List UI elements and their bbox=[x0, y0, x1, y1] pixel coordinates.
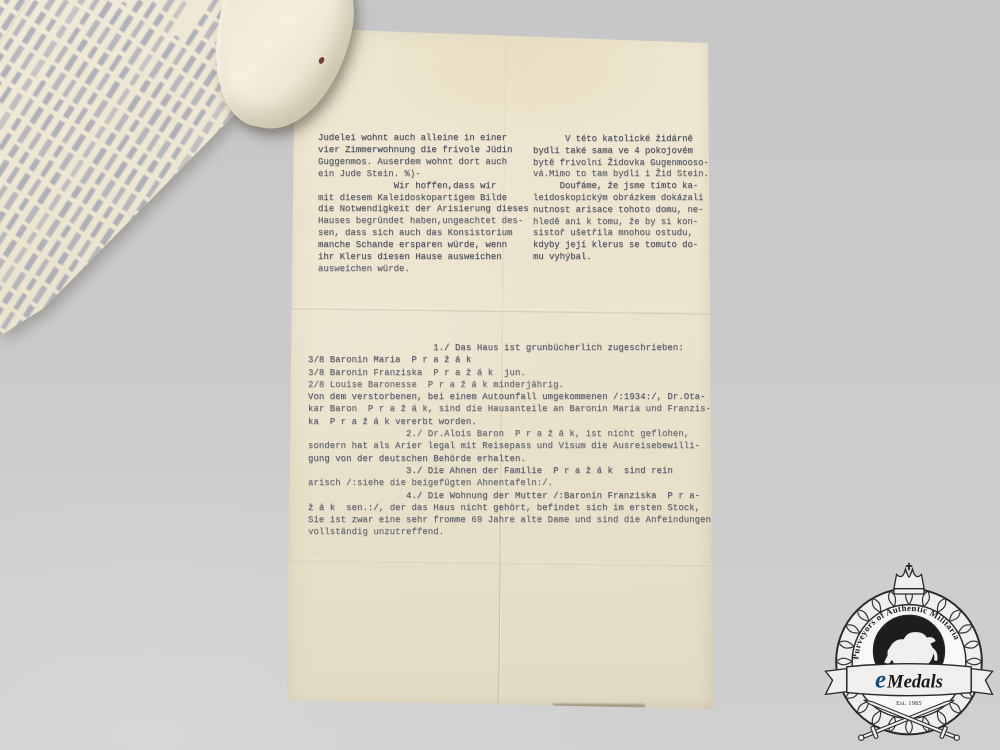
typewritten-line: 4./ Die Wohnung der Mutter /:Baronin Fra… bbox=[308, 490, 711, 502]
typewritten-line: 3/8 Baronin Franziska P r a ž á k jun. bbox=[308, 367, 711, 379]
typewritten-line: nutnost arisace tohoto domu, ne- bbox=[533, 205, 714, 217]
brand-name: Medals bbox=[886, 671, 943, 692]
bottom-edge-smudge bbox=[553, 704, 645, 708]
typewritten-line: 2./ Dr.Alois Baron P r a ž á k, ist nich… bbox=[308, 428, 711, 440]
typewritten-line: sondern hat als Arier legal mit Reisepas… bbox=[308, 440, 711, 452]
typewritten-line: kar Baron P r a ž á k, sind die Hausante… bbox=[308, 403, 711, 415]
typewritten-line: Von dem verstorbenen, bei einem Autounfa… bbox=[308, 391, 711, 403]
typewritten-line: ka P r a ž á k vererbt worden. bbox=[308, 416, 711, 428]
numbered-statements-block: 1./ Das Haus ist grunbücherlich zugeschr… bbox=[308, 342, 711, 539]
typewritten-line: 3./ Die Ahnen der Familie P r a ž á k si… bbox=[308, 465, 711, 477]
typewritten-line: Sie ist zwar eine sehr fromme 69 Jahre a… bbox=[308, 514, 711, 526]
typewritten-line: bydlí také sama ve 4 pokojovém bbox=[533, 146, 714, 158]
typewritten-line: hledě ani k tomu, že by si kon- bbox=[533, 217, 714, 229]
czech-text-column: V této katolické židárněbydlí také sama … bbox=[533, 134, 714, 264]
typewritten-line: vá.Mimo to tam bydlí i Žid Stein.- bbox=[533, 169, 714, 181]
typewritten-line: vollständig unzutreffend. bbox=[308, 526, 711, 538]
typewritten-line: 2/8 Louise Baronesse P r a ž á k minderj… bbox=[308, 379, 711, 391]
typewritten-line: arisch /:siehe die beigefügten Ahnentafe… bbox=[308, 477, 711, 489]
typewritten-line: leidoskopickým obrázkem dokázali bbox=[533, 193, 714, 205]
typewritten-line: gung von der deutschen Behörde erhalten. bbox=[308, 453, 711, 465]
banner-ribbon: eMedals bbox=[825, 664, 992, 696]
typewritten-line: V této katolické židárně bbox=[533, 134, 714, 146]
typewritten-line: Doufáme, že jsme tímto ka- bbox=[533, 181, 714, 193]
typewritten-line: mu vyhýbal. bbox=[533, 252, 714, 264]
typewritten-line: sistoř ušetřila mnohou ostudu, bbox=[533, 228, 714, 240]
typewritten-line: ž á k sen.:/, der das Haus nicht gehört,… bbox=[308, 502, 711, 514]
established-text: Est. 1985 bbox=[896, 700, 922, 707]
product-photo: Judelei wohnt auch alleine in einervier … bbox=[0, 0, 1000, 750]
emedals-watermark: Purveyors of Authentic Militaria bbox=[820, 562, 998, 750]
crown-icon bbox=[894, 563, 924, 594]
folded-page-group bbox=[0, 0, 380, 360]
typewritten-line: bytě frivolní Židovka Gugenmooso- bbox=[533, 158, 714, 170]
brand-letter-e: e bbox=[875, 666, 886, 693]
typewritten-line: kdyby její klerus se tomuto do- bbox=[533, 240, 714, 252]
